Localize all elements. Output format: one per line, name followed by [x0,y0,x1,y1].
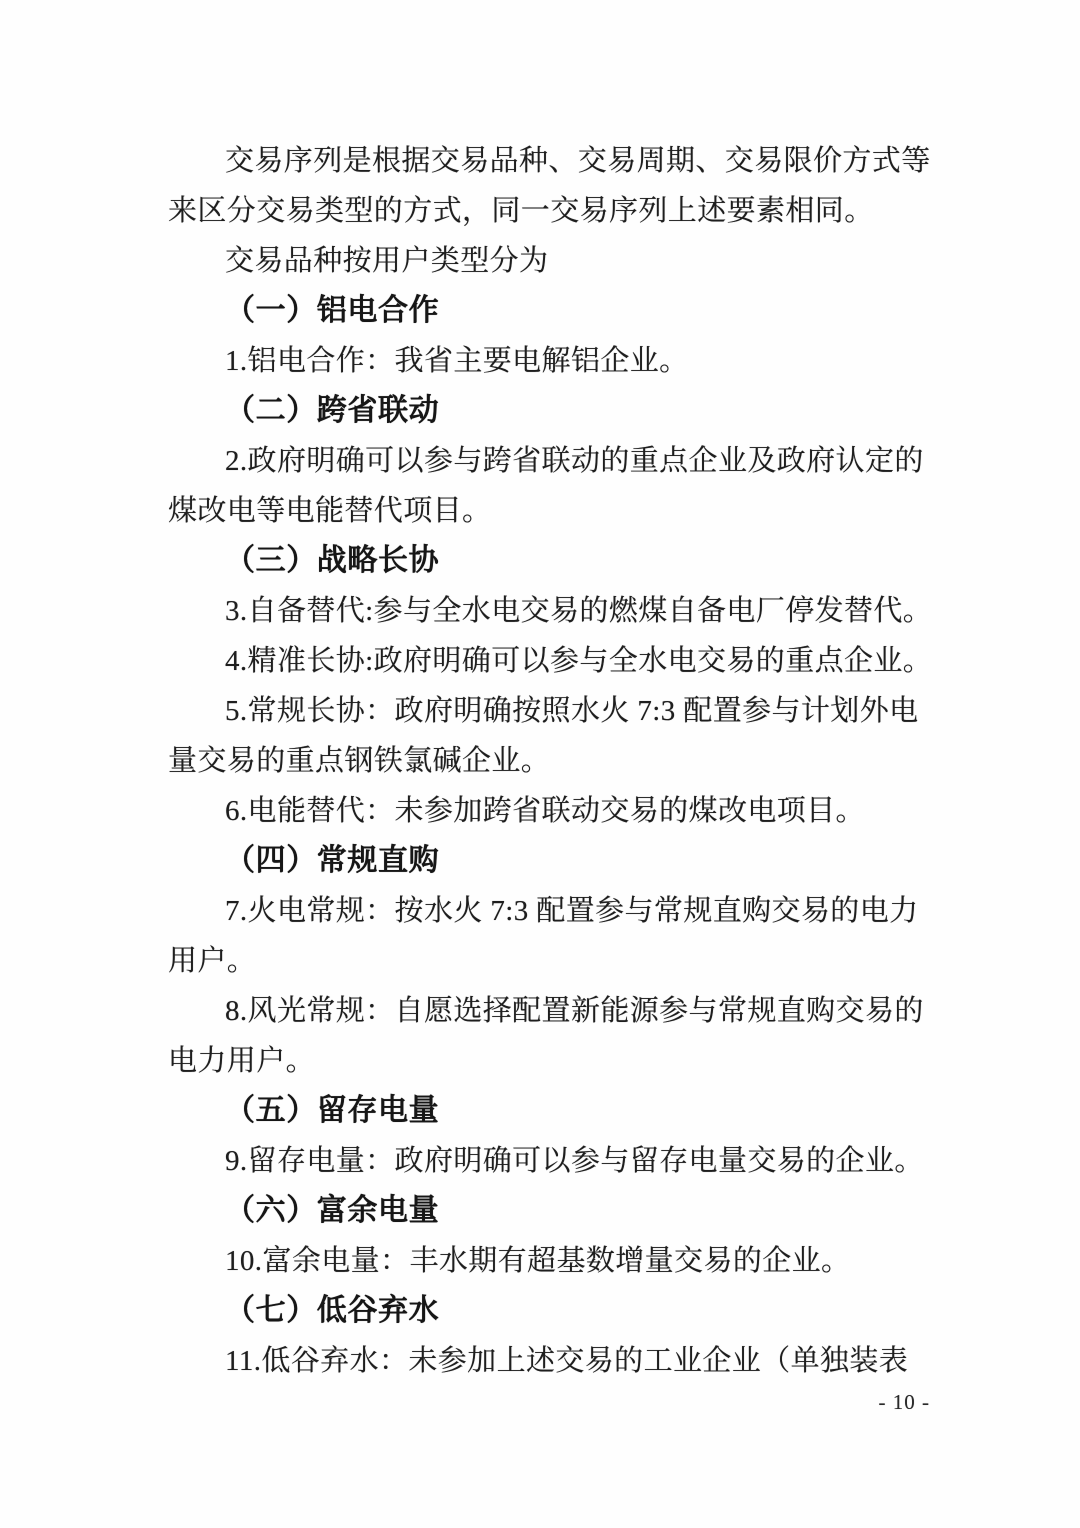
document-page: 交易序列是根据交易品种、交易周期、交易限价方式等来区分交易类型的方式，同一交易序… [0,0,1080,1528]
document-line: 量交易的重点钢铁氯碱企业。 [168,736,958,786]
document-line: 2.政府明确可以参与跨省联动的重点企业及政府认定的 [168,436,958,486]
document-line: 10.富余电量：丰水期有超基数增量交易的企业。 [168,1236,958,1286]
section-heading-line: （六）富余电量 [168,1186,958,1236]
section-heading-line: （七）低谷弃水 [168,1286,958,1336]
document-body: 交易序列是根据交易品种、交易周期、交易限价方式等来区分交易类型的方式，同一交易序… [168,136,958,1386]
document-line: 交易序列是根据交易品种、交易周期、交易限价方式等 [168,136,958,186]
document-line: 电力用户。 [168,1036,958,1086]
document-line: 8.风光常规：自愿选择配置新能源参与常规直购交易的 [168,986,958,1036]
section-heading-line: （二）跨省联动 [168,386,958,436]
document-line: 交易品种按用户类型分为 [168,236,958,286]
section-heading-line: （一）铝电合作 [168,286,958,336]
document-line: 1.铝电合作：我省主要电解铝企业。 [168,336,958,386]
section-heading-line: （三）战略长协 [168,536,958,586]
document-line: 7.火电常规：按水火 7:3 配置参与常规直购交易的电力 [168,886,958,936]
document-line: 来区分交易类型的方式，同一交易序列上述要素相同。 [168,186,958,236]
document-line: 11.低谷弃水：未参加上述交易的工业企业（单独装表 [168,1336,958,1386]
document-line: 煤改电等电能替代项目。 [168,486,958,536]
document-line: 5.常规长协：政府明确按照水火 7:3 配置参与计划外电 [168,686,958,736]
page-number: - 10 - [879,1390,931,1415]
document-line: 9.留存电量：政府明确可以参与留存电量交易的企业。 [168,1136,958,1186]
document-line: 用户。 [168,936,958,986]
document-line: 3.自备替代:参与全水电交易的燃煤自备电厂停发替代。 [168,586,958,636]
document-line: 4.精准长协:政府明确可以参与全水电交易的重点企业。 [168,636,958,686]
section-heading-line: （四）常规直购 [168,836,958,886]
document-line: 6.电能替代：未参加跨省联动交易的煤改电项目。 [168,786,958,836]
section-heading-line: （五）留存电量 [168,1086,958,1136]
